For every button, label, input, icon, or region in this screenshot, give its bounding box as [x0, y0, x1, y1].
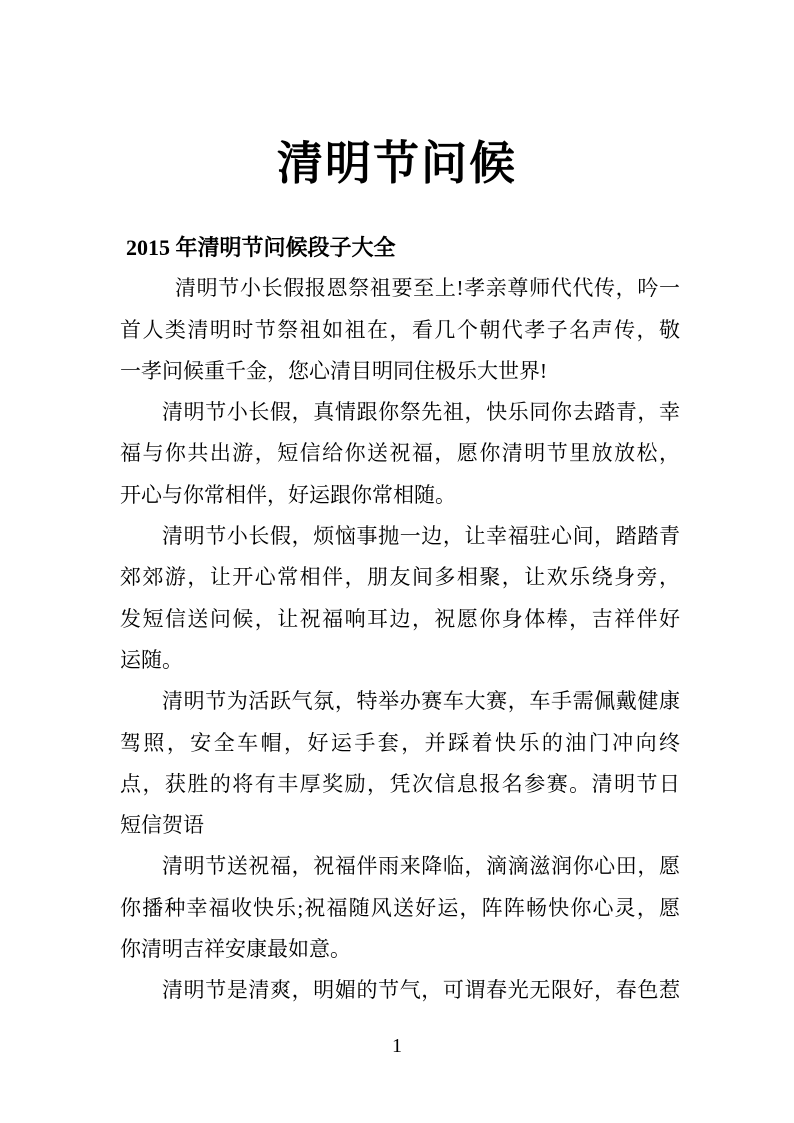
- text-line: 一孝问候重千金，您心清目明同住极乐大世界!: [120, 351, 680, 392]
- text-line: 郊郊游，让开心常相伴，朋友间多相聚，让欢乐绕身旁，: [120, 557, 680, 598]
- paragraph: 清明节为活跃气氛，特举办赛车大赛，车手需佩戴健康驾照，安全车帽，好运手套，并踩着…: [120, 681, 680, 846]
- paragraph: 清明节小长假报恩祭祖要至上!孝亲尊师代代传，吟一首人类清明时节祭祖如祖在，看几个…: [120, 268, 680, 392]
- text-line: 清明节是清爽，明媚的节气，可谓春光无限好，春色惹: [120, 970, 680, 1011]
- document-heading: 2015 年清明节问候段子大全: [120, 227, 680, 268]
- text-line: 发短信送问候，让祝福响耳边，祝愿你身体棒，吉祥伴好: [120, 599, 680, 640]
- paragraph: 清明节小长假，真情跟你祭先祖，快乐同你去踏青，幸福与你共出游，短信给你送祝福，愿…: [120, 392, 680, 516]
- paragraph: 清明节小长假，烦恼事抛一边，让幸福驻心间，踏踏青郊郊游，让开心常相伴，朋友间多相…: [120, 516, 680, 681]
- text-line: 开心与你常相伴，好运跟你常相随。: [120, 475, 680, 516]
- document-title: 清明节问候: [0, 134, 794, 194]
- text-line: 驾照，安全车帽，好运手套，并踩着快乐的油门冲向终: [120, 723, 680, 764]
- document-body: 2015 年清明节问候段子大全 清明节小长假报恩祭祖要至上!孝亲尊师代代传，吟一…: [120, 227, 680, 1012]
- text-line: 福与你共出游，短信给你送祝福，愿你清明节里放放松，: [120, 433, 680, 474]
- text-line: 运随。: [120, 640, 680, 681]
- text-line: 清明节送祝福，祝福伴雨来降临，滴滴滋润你心田，愿: [120, 846, 680, 887]
- text-line: 短信贺语: [120, 805, 680, 846]
- page-number: 1: [392, 1035, 402, 1057]
- paragraph: 清明节是清爽，明媚的节气，可谓春光无限好，春色惹: [120, 970, 680, 1011]
- text-line: 点，获胜的将有丰厚奖励，凭次信息报名参赛。清明节日: [120, 764, 680, 805]
- paragraph: 清明节送祝福，祝福伴雨来降临，滴滴滋润你心田，愿你播种幸福收快乐;祝福随风送好运…: [120, 846, 680, 970]
- text-line: 清明节为活跃气氛，特举办赛车大赛，车手需佩戴健康: [120, 681, 680, 722]
- text-line: 清明节小长假报恩祭祖要至上!孝亲尊师代代传，吟一: [120, 268, 680, 309]
- page-footer: 1: [0, 1034, 794, 1058]
- paragraphs: 清明节小长假报恩祭祖要至上!孝亲尊师代代传，吟一首人类清明时节祭祖如祖在，看几个…: [120, 268, 680, 1011]
- document-page: 清明节问候 2015 年清明节问候段子大全 清明节小长假报恩祭祖要至上!孝亲尊师…: [0, 0, 794, 1123]
- text-line: 你清明吉祥安康最如意。: [120, 929, 680, 970]
- text-line: 首人类清明时节祭祖如祖在，看几个朝代孝子名声传，敬: [120, 310, 680, 351]
- text-line: 清明节小长假，烦恼事抛一边，让幸福驻心间，踏踏青: [120, 516, 680, 557]
- text-line: 清明节小长假，真情跟你祭先祖，快乐同你去踏青，幸: [120, 392, 680, 433]
- text-line: 你播种幸福收快乐;祝福随风送好运，阵阵畅快你心灵，愿: [120, 888, 680, 929]
